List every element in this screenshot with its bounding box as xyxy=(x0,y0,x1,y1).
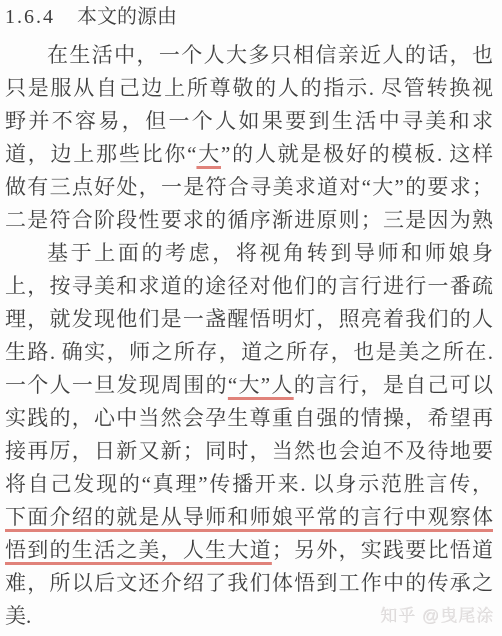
section-number: 1.6.4 xyxy=(5,6,55,28)
text-line: 一个人一旦发现周围的“大”人的言行，是自己可以 xyxy=(5,369,493,402)
text-line: 接再厉，日新又新；同时，当然也会迫不及待地要 xyxy=(5,435,493,468)
text-segment: 只是服从自己边上所尊敬的人的指示. 尽管转换视 xyxy=(5,76,493,100)
underlined-text: 悟到的生活之美，人生大道 xyxy=(5,538,272,562)
text-line: 在生活中，一个人大多只相信亲近人的话，也 xyxy=(5,39,493,72)
text-segment: ”的人就是极好的模板. 这样 xyxy=(221,142,493,166)
text-segment: 二是符合阶段性要求的循序渐进原则；三是因为熟 xyxy=(5,208,493,232)
text-line: 实践的，心中当然会孕生尊重自强的情操，希望再 xyxy=(5,402,493,435)
text-line: 下面介绍的就是从导师和师娘平常的言行中观察体 xyxy=(5,501,493,534)
text-line: 基于上面的考虑，将视角转到导师和师娘身 xyxy=(5,237,493,270)
text-line: 做有三点好处，一是符合寻美求道对“大”的要求； xyxy=(5,171,493,204)
text-line: 野并不容易，但一个人如果要到生活中寻美和求 xyxy=(5,105,493,138)
text-segment: 一个人一旦发现周围的 xyxy=(5,373,228,397)
text-segment: 实践的，心中当然会孕生尊重自强的情操，希望再 xyxy=(5,406,493,430)
text-line: 理，就发现他们是一盏醒悟明灯，照亮着我们的人 xyxy=(5,303,493,336)
body-text: 在生活中，一个人大多只相信亲近人的话，也只是服从自己边上所尊敬的人的指示. 尽管… xyxy=(5,39,493,633)
text-line: 难，所以后文还介绍了我们体悟到工作中的传承之 xyxy=(5,567,493,600)
underlined-text: “大”人 xyxy=(228,373,294,397)
text-line: 只是服从自己边上所尊敬的人的指示. 尽管转换视 xyxy=(5,72,493,105)
text-segment: ；另外，实践要比悟道 xyxy=(272,538,493,562)
underlined-text: 下面介绍的就是从导师和师娘平常的言行中观察体 xyxy=(5,505,493,529)
document-page: 1.6.4本文的源由 在生活中，一个人大多只相信亲近人的话，也只是服从自己边上所… xyxy=(0,0,502,636)
watermark: 知乎 @曳尾涂 xyxy=(380,601,494,626)
text-segment: 上，按寻美和求道的途径对他们的言行进行一番疏 xyxy=(5,274,493,298)
text-line: 上，按寻美和求道的途径对他们的言行进行一番疏 xyxy=(5,270,493,303)
text-segment: 将自己发现的“真理”传播开来. 以身示范胜言传， xyxy=(5,472,493,496)
text-line: 生路. 确实，师之所存，道之所存，也是美之所在. xyxy=(5,336,493,369)
text-segment: 美. xyxy=(5,604,31,628)
text-segment: 生路. 确实，师之所存，道之所存，也是美之所在. xyxy=(5,340,493,364)
text-line: 将自己发现的“真理”传播开来. 以身示范胜言传， xyxy=(5,468,493,501)
underlined-text: 大 xyxy=(196,142,221,166)
text-segment: 难，所以后文还介绍了我们体悟到工作中的传承之 xyxy=(5,571,493,595)
text-segment: 野并不容易，但一个人如果要到生活中寻美和求 xyxy=(5,109,493,133)
text-segment: 接再厉，日新又新；同时，当然也会迫不及待地要 xyxy=(5,439,493,463)
text-segment: 做有三点好处，一是符合寻美求道对“大”的要求； xyxy=(5,175,493,199)
section-heading: 1.6.4本文的源由 xyxy=(5,5,177,29)
text-segment: 在生活中，一个人大多只相信亲近人的话，也 xyxy=(47,43,493,67)
text-line: 悟到的生活之美，人生大道；另外，实践要比悟道 xyxy=(5,534,493,567)
section-title: 本文的源由 xyxy=(77,6,177,28)
text-segment: 道，边上那些比你“ xyxy=(5,142,196,166)
text-segment: 基于上面的考虑，将视角转到导师和师娘身 xyxy=(47,241,493,265)
text-segment: 的言行，是自己可以 xyxy=(294,373,493,397)
text-segment: 理，就发现他们是一盏醒悟明灯，照亮着我们的人 xyxy=(5,307,493,331)
text-line: 二是符合阶段性要求的循序渐进原则；三是因为熟 xyxy=(5,204,493,237)
watermark-handle: @曳尾涂 xyxy=(422,606,494,625)
watermark-brand: 知乎 xyxy=(380,606,416,625)
text-line: 道，边上那些比你“大”的人就是极好的模板. 这样 xyxy=(5,138,493,171)
